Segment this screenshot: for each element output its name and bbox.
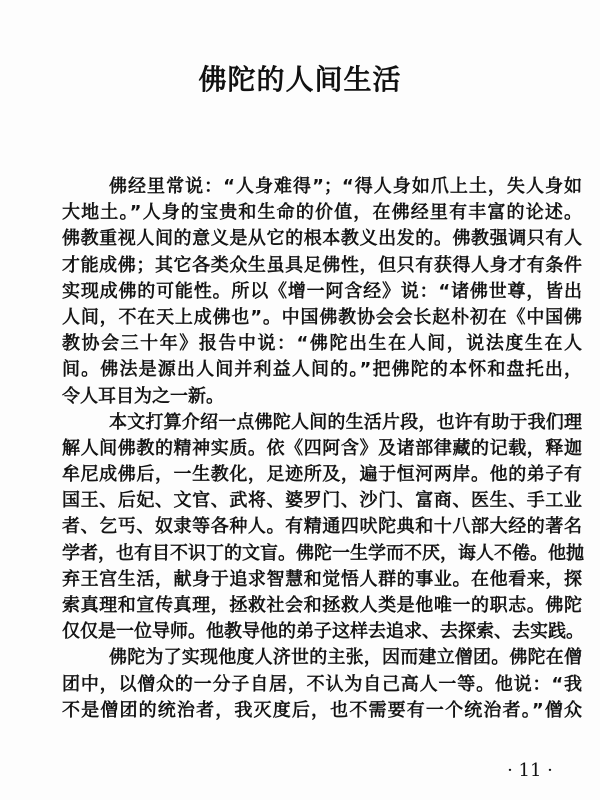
text-line: 解人间佛教的精神实质。依《四阿含》及诸部律藏的记载，释迦 — [62, 436, 582, 462]
page-number: · 11 · — [490, 760, 570, 781]
text-line: 不是僧团的统治者，我灭度后，也不需要有一个统治者。”僧众 — [62, 698, 582, 724]
text-line: 教协会三十年》报告中说：“佛陀出生在人间，说法度生在人 — [62, 331, 582, 357]
text-line: 大地土。”人身的宝贵和生命的价值，在佛经里有丰富的论述。 — [62, 200, 582, 226]
text-line: 令人耳目为之一新。 — [62, 384, 582, 410]
text-line: 者、乞丐、奴隶等各种人。有精通四吠陀典和十八部大经的著名 — [62, 514, 582, 540]
text-line: 才能成佛；其它各类众生虽具足佛性，但只有获得人身才有条件 — [62, 253, 582, 279]
text-line: 牟尼成佛后，一生教化，足迹所及，遍于恒河两岸。他的弟子有 — [62, 462, 582, 488]
body-text: 佛经里常说：“人身难得”；“得人身如爪上土，失人身如 大地土。”人身的宝贵和生命… — [62, 174, 582, 724]
page-title: 佛陀的人间生活 — [0, 58, 600, 98]
text-line: 实现成佛的可能性。所以《增一阿含经》说：“诸佛世尊，皆出 — [62, 279, 582, 305]
text-line: 佛陀为了实现他度人济世的主张，因而建立僧团。佛陀在僧 — [62, 645, 582, 671]
text-line: 索真理和宣传真理，拯救社会和拯救人类是他唯一的职志。佛陀 — [62, 593, 582, 619]
text-line: 本文打算介绍一点佛陀人间的生活片段，也许有助于我们理 — [62, 410, 582, 436]
text-line: 团中，以僧众的一分子自居，不认为自己高人一等。他说：“我 — [62, 672, 582, 698]
book-page: 佛陀的人间生活 佛经里常说：“人身难得”；“得人身如爪上土，失人身如 大地土。”… — [0, 0, 600, 800]
text-line: 弃王宫生活，献身于追求智慧和觉悟人群的事业。在他看来，探 — [62, 567, 582, 593]
text-line: 仅仅是一位导师。他教导他的弟子这样去追求、去探索、去实践。 — [62, 619, 582, 645]
text-line: 学者，也有目不识丁的文盲。佛陀一生学而不厌，诲人不倦。他抛 — [62, 541, 582, 567]
text-line: 佛经里常说：“人身难得”；“得人身如爪上土，失人身如 — [62, 174, 582, 200]
text-line: 国王、后妃、文官、武将、婆罗门、沙门、富商、医生、手工业 — [62, 488, 582, 514]
text-line: 间。佛法是源出人间并利益人间的。”把佛陀的本怀和盘托出， — [62, 357, 582, 383]
text-line: 佛教重视人间的意义是从它的根本教义出发的。佛教强调只有人 — [62, 226, 582, 252]
text-line: 人间，不在天上成佛也”。中国佛教协会会长赵朴初在《中国佛 — [62, 305, 582, 331]
